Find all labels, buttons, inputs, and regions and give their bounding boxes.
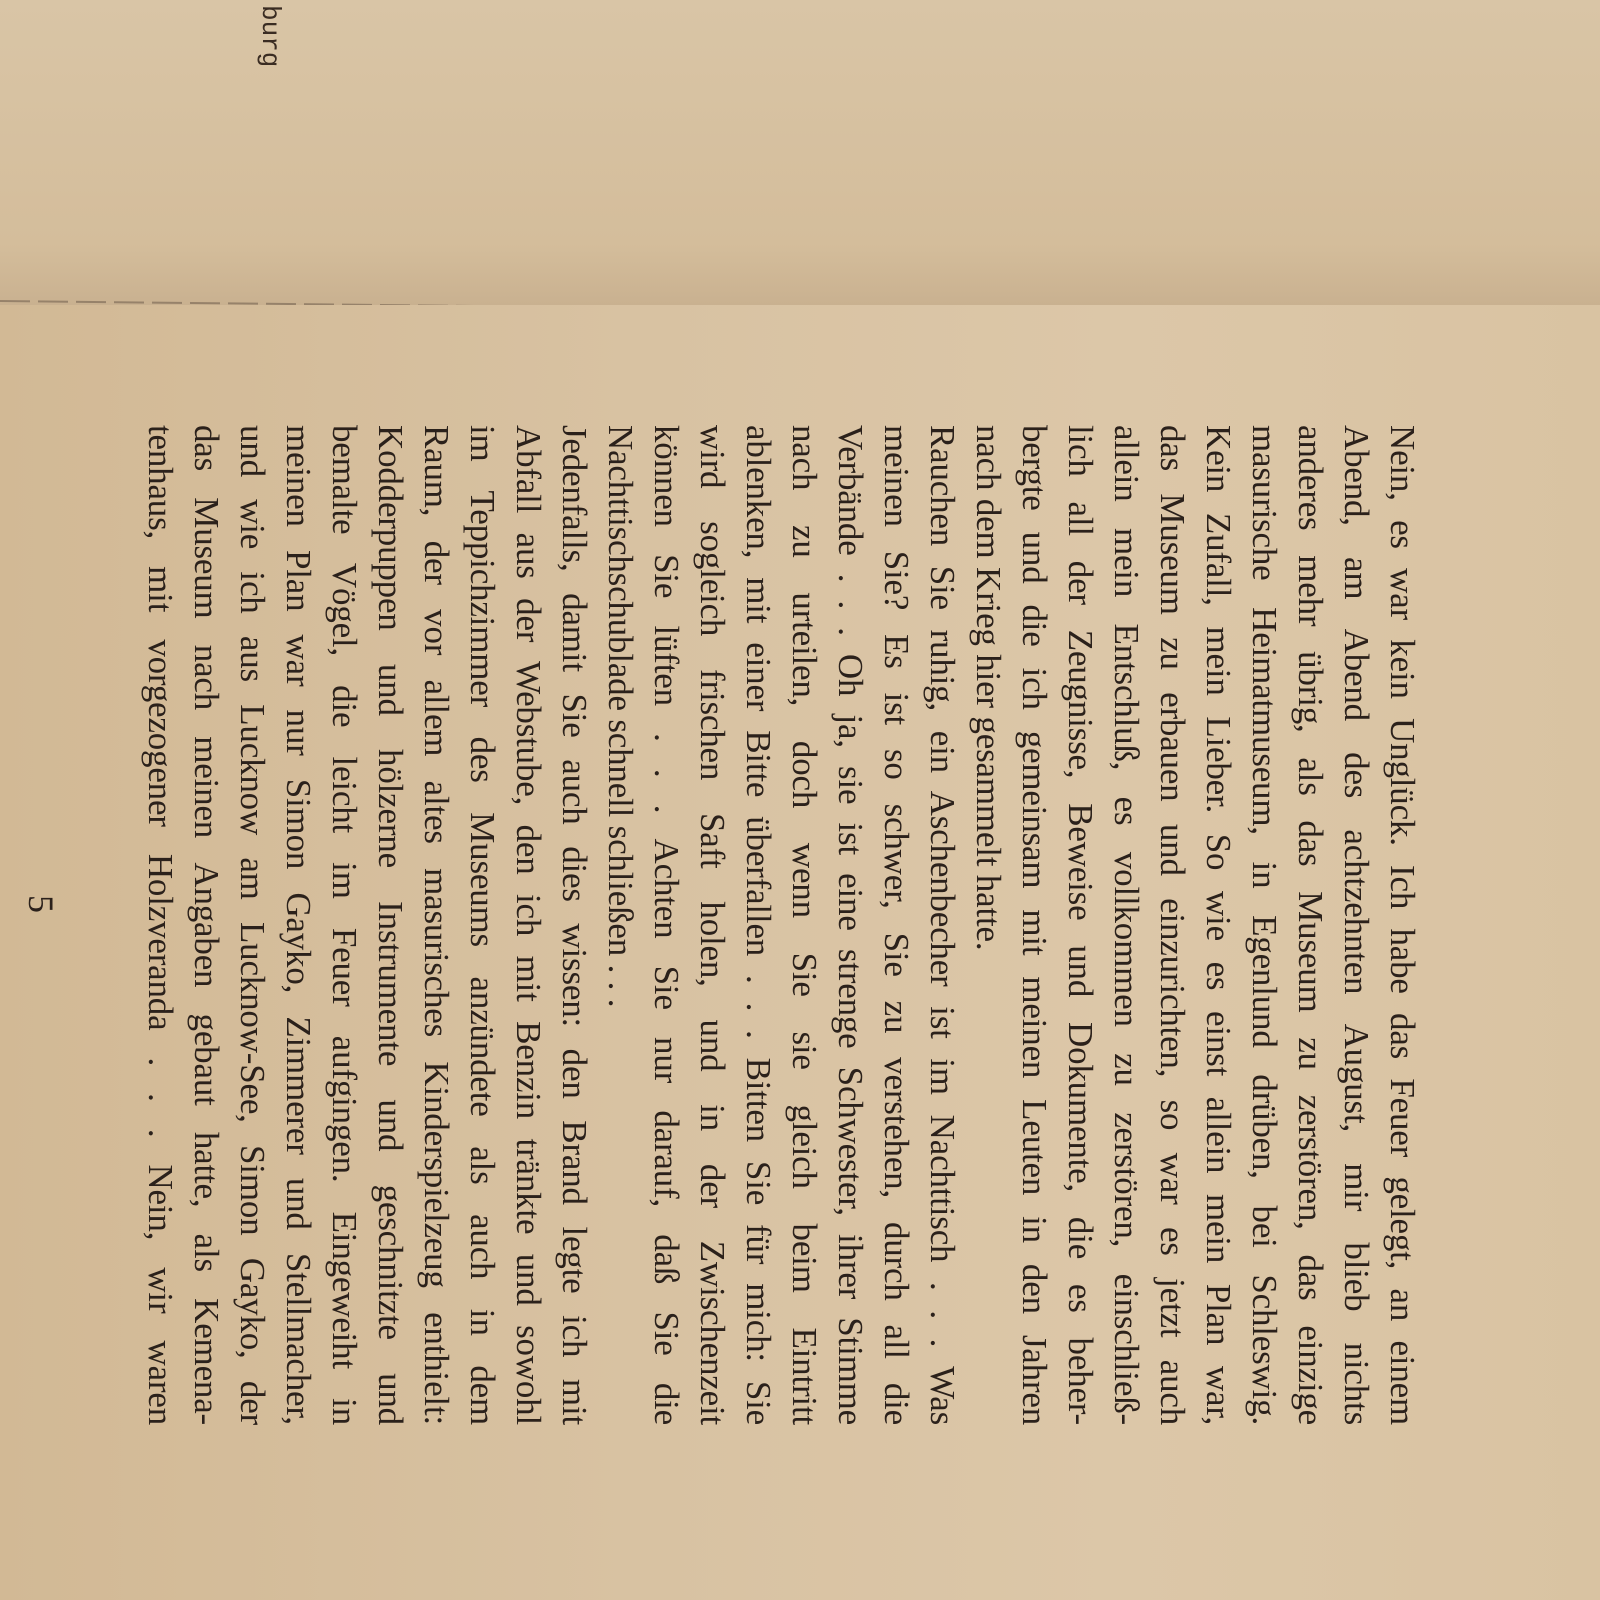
text-line: Kein Zufall, mein Lieber. So wie es eins…: [1195, 425, 1241, 1425]
text-line: können Sie lüften . . . Achten Sie nur d…: [643, 425, 689, 1425]
text-line: Jedenfalls, damit Sie auch dies wissen: …: [551, 425, 597, 1425]
text-line: lich all der Zeugnisse, Beweise und Doku…: [1057, 425, 1103, 1425]
running-head: burg: [245, 0, 305, 60]
text-line: das Museum zu erbauen und einzurichten, …: [1149, 425, 1195, 1425]
facing-page: burg: [0, 0, 1600, 305]
page-number: 5: [20, 895, 62, 913]
text-line: nach zu urteilen, doch wenn Sie sie glei…: [781, 425, 827, 1425]
text-line: masurische Heimatmuseum, in Egenlund drü…: [1241, 425, 1287, 1425]
text-line: Rauchen Sie ruhig, ein Aschenbecher ist …: [919, 425, 965, 1425]
text-line: Nein, es war kein Unglück. Ich habe das …: [1379, 425, 1425, 1425]
text-line: bergte und die ich gemeinsam mit meinen …: [1011, 425, 1057, 1425]
text-line: wird sogleich frischen Saft holen, und i…: [689, 425, 735, 1425]
text-line: das Museum nach meinen Angaben gebaut ha…: [183, 425, 229, 1425]
text-line: meinen Sie? Es ist so schwer, Sie zu ver…: [873, 425, 919, 1425]
text-line: bemalte Vögel, die leicht im Feuer aufgi…: [321, 425, 367, 1425]
text-line: Verbände . . . Oh ja, sie ist eine stren…: [827, 425, 873, 1425]
text-line: ablenken, mit einer Bitte überfallen . .…: [735, 425, 781, 1425]
body-text: Nein, es war kein Unglück. Ich habe das …: [137, 425, 1425, 1425]
text-line: Nachttischschublade schnell schließen . …: [597, 425, 643, 1425]
text-line: Abend, am Abend des achtzehnten August, …: [1333, 425, 1379, 1425]
text-line: meinen Plan war nur Simon Gayko, Zimmere…: [275, 425, 321, 1425]
text-line: allein mein Entschluß, es vollkommen zu …: [1103, 425, 1149, 1425]
text-line: tenhaus, mit vorgezogener Holzveranda . …: [137, 425, 183, 1425]
text-line: Kodderpuppen und hölzerne Instrumente un…: [367, 425, 413, 1425]
text-line: Abfall aus der Webstube, den ich mit Ben…: [505, 425, 551, 1425]
text-line: und wie ich aus Lucknow am Lucknow-See, …: [229, 425, 275, 1425]
running-head-text: burg: [255, 5, 285, 67]
text-line: im Teppichzimmer des Museums anzündete a…: [459, 425, 505, 1425]
text-line: Raum, der vor allem altes masurisches Ki…: [413, 425, 459, 1425]
text-line: anderes mehr übrig, als das Museum zu ze…: [1287, 425, 1333, 1425]
text-line: nach dem Krieg hier gesammelt hatte.: [965, 425, 1011, 1425]
